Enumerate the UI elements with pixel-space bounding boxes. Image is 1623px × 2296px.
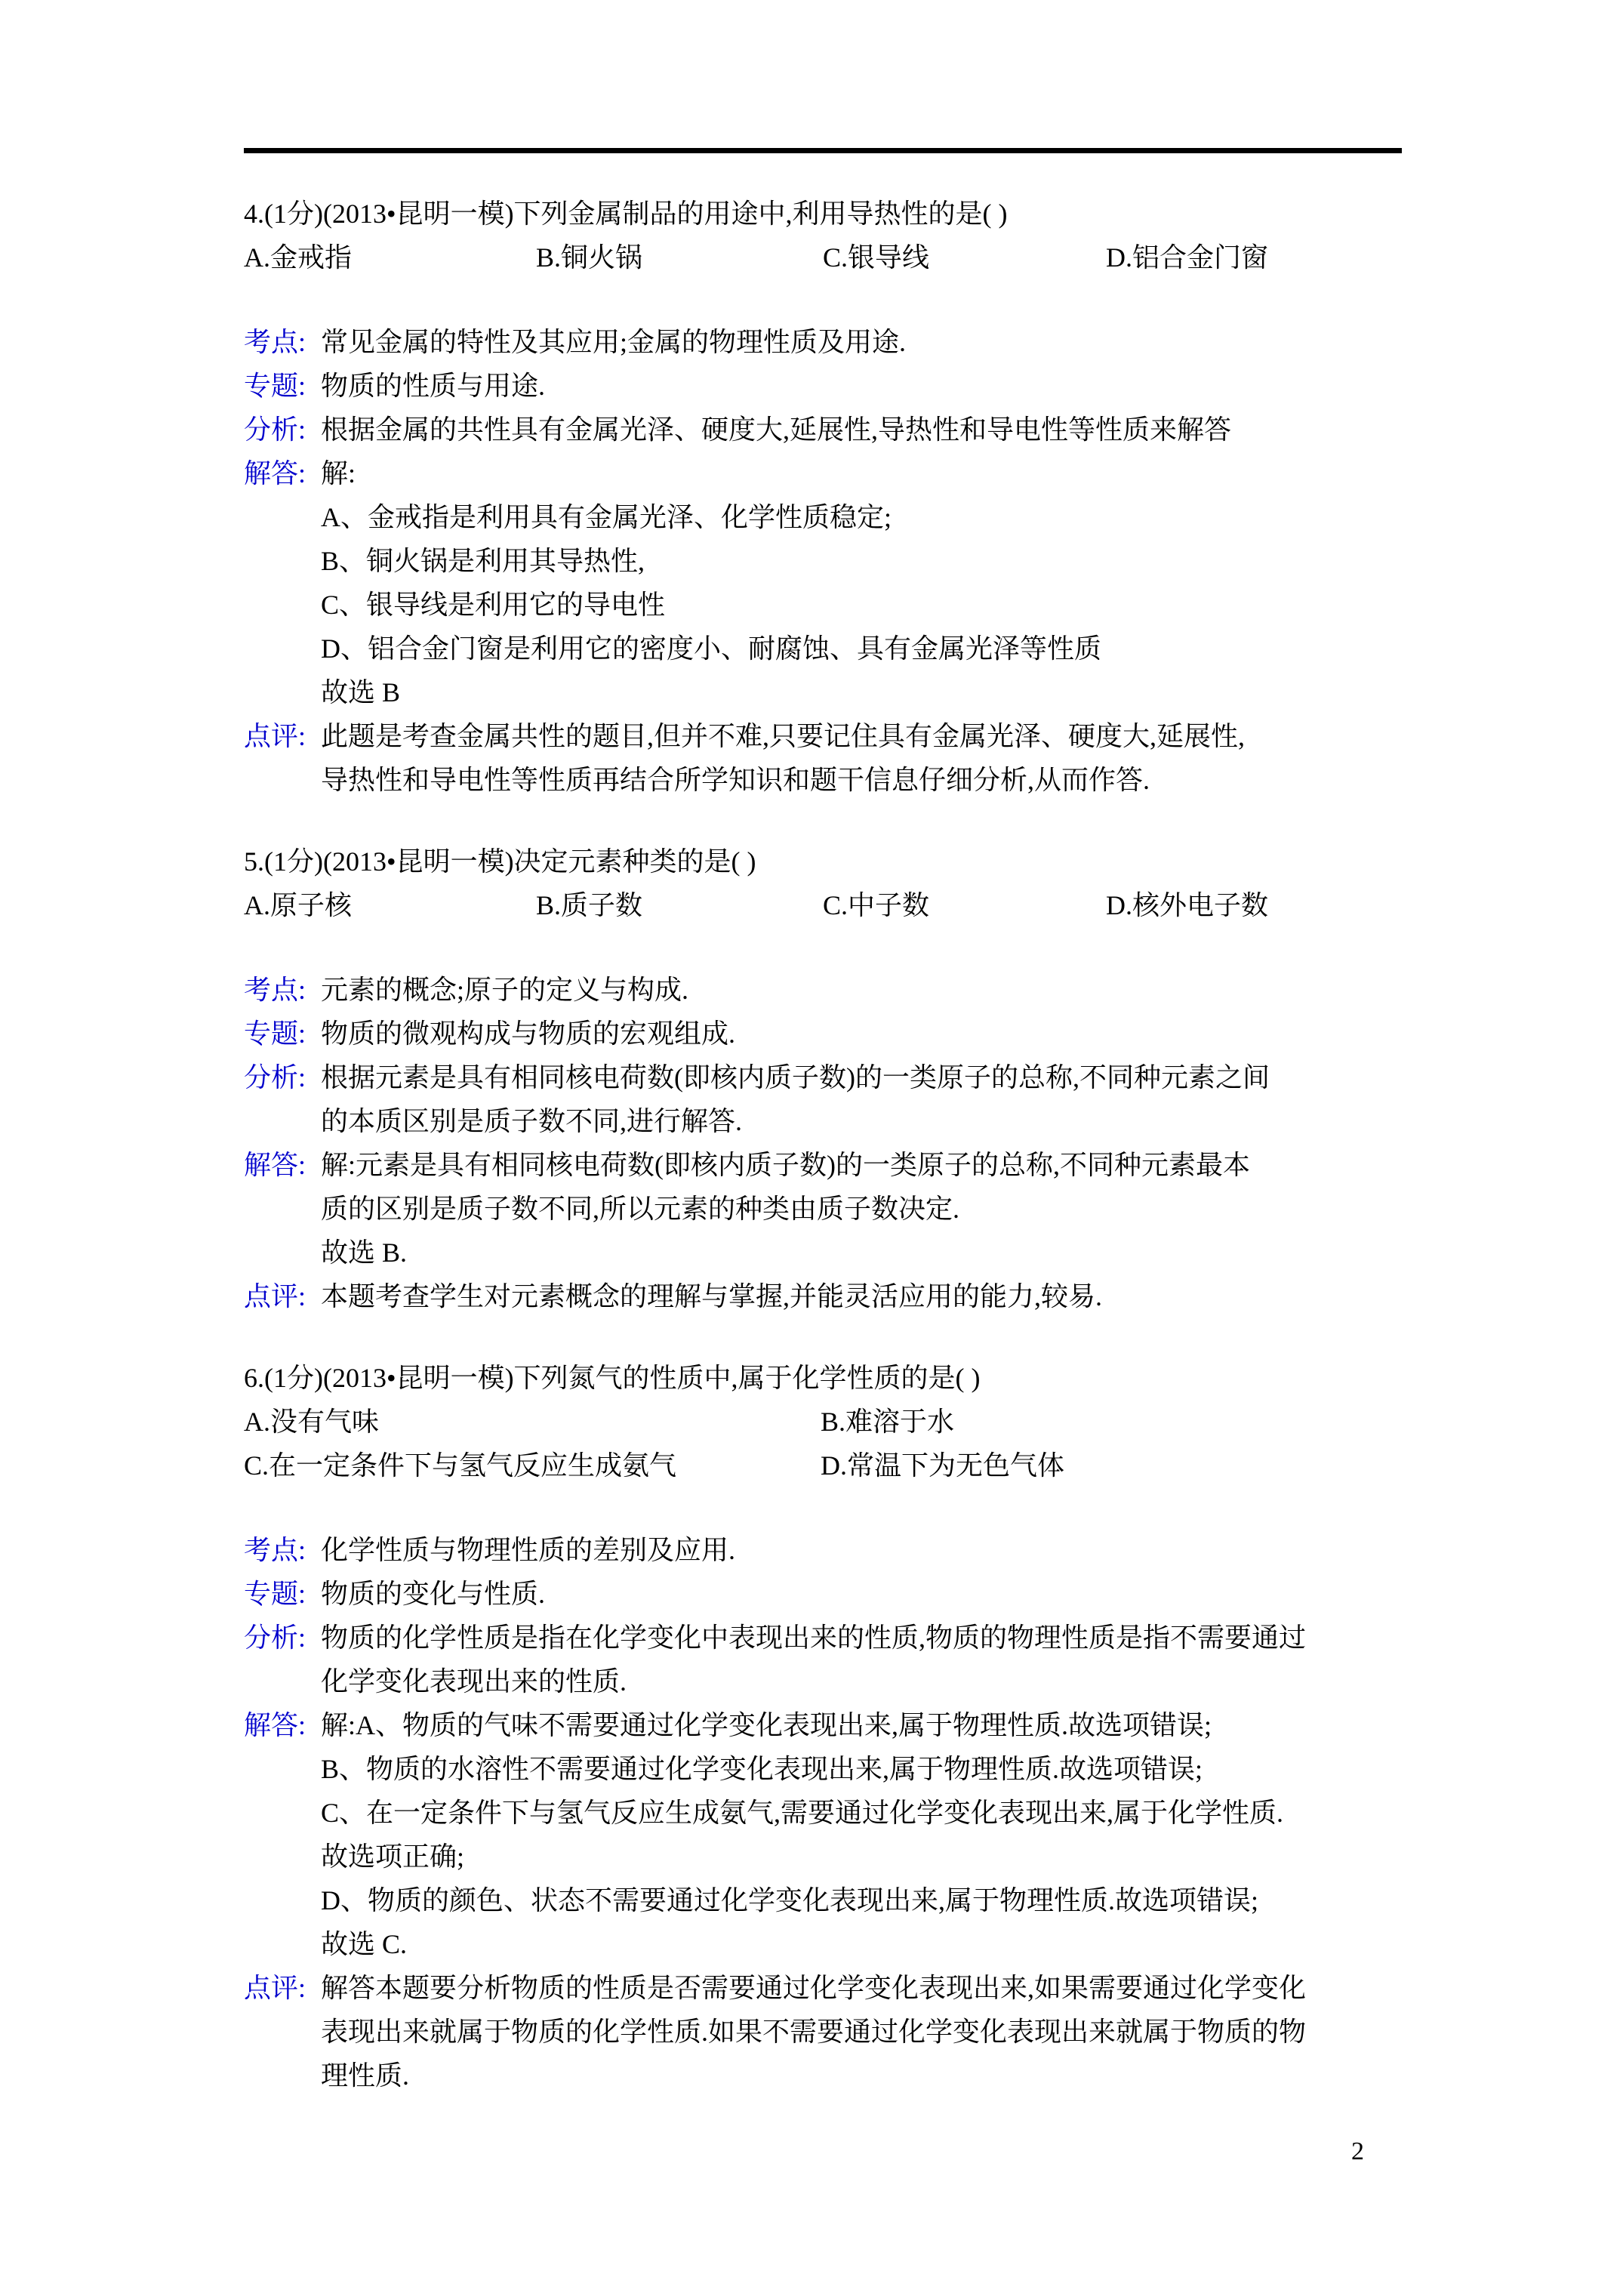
section-line: 物质的性质与用途.	[321, 364, 1406, 408]
option-item: C.在一定条件下与氢气反应生成氨气	[244, 1444, 821, 1487]
section-line: 质的区别是质子数不同,所以元素的种类由质子数决定.	[321, 1187, 1406, 1231]
document-page: 4.(1分)(2013•昆明一模)下列金属制品的用途中,利用导热性的是( )A.…	[0, 0, 1623, 2296]
content-area: 4.(1分)(2013•昆明一模)下列金属制品的用途中,利用导热性的是( )A.…	[244, 192, 1406, 2097]
options-row: A.金戒指B.铜火锅C.银导线D.铝合金门窗	[244, 236, 1406, 279]
section-label: 考点:	[244, 320, 321, 364]
section-content: 解:A、物质的气味不需要通过化学变化表现出来,属于物理性质.故选项错误;B、物质…	[321, 1703, 1406, 1966]
section-line: 故选项正确;	[321, 1835, 1406, 1878]
option-item: B.铜火锅	[536, 236, 823, 279]
option-item: A.原子核	[244, 883, 536, 927]
section-content: 根据金属的共性具有金属光泽、硬度大,延展性,导热性和导电性等性质来解答	[321, 408, 1406, 451]
section-label: 专题:	[244, 1572, 321, 1616]
section-line: 故选 B.	[321, 1231, 1406, 1274]
section-row: 解答:解:A、物质的气味不需要通过化学变化表现出来,属于物理性质.故选项错误;B…	[244, 1703, 1406, 1966]
section-label: 点评:	[244, 714, 321, 758]
section-content: 常见金属的特性及其应用;金属的物理性质及用途.	[321, 320, 1406, 364]
question-block: 5.(1分)(2013•昆明一模)决定元素种类的是( )A.原子核B.质子数C.…	[244, 840, 1406, 1318]
question-title: 4.(1分)(2013•昆明一模)下列金属制品的用途中,利用导热性的是( )	[244, 192, 1406, 236]
section-content: 解答本题要分析物质的性质是否需要通过化学变化表现出来,如果需要通过化学变化表现出…	[321, 1966, 1406, 2097]
section-content: 解:元素是具有相同核电荷数(即核内质子数)的一类原子的总称,不同种元素最本质的区…	[321, 1143, 1406, 1274]
option-item: D.常温下为无色气体	[821, 1444, 1406, 1487]
section-content: 本题考查学生对元素概念的理解与掌握,并能灵活应用的能力,较易.	[321, 1274, 1406, 1318]
option-item: B.难溶于水	[821, 1400, 1406, 1444]
section-line: 化学性质与物理性质的差别及应用.	[321, 1528, 1406, 1572]
section-label: 解答:	[244, 1143, 321, 1187]
section-row: 点评:此题是考查金属共性的题目,但并不难,只要记住具有金属光泽、硬度大,延展性,…	[244, 714, 1406, 802]
section-line: C、银导线是利用它的导电性	[321, 583, 1406, 627]
section-line: 物质的变化与性质.	[321, 1572, 1406, 1616]
section-line: 表现出来就属于物质的化学性质.如果不需要通过化学变化表现出来就属于物质的物	[321, 2010, 1406, 2054]
section-label: 考点:	[244, 1528, 321, 1572]
section-label: 考点:	[244, 968, 321, 1012]
option-item: A.没有气味	[244, 1400, 821, 1444]
section-content: 物质的变化与性质.	[321, 1572, 1406, 1616]
explanation-sections: 考点:化学性质与物理性质的差别及应用.专题:物质的变化与性质.分析:物质的化学性…	[244, 1528, 1406, 2097]
section-label: 点评:	[244, 1966, 321, 2010]
page-number: 2	[1351, 2137, 1364, 2167]
header-rule	[244, 148, 1402, 153]
section-line: 解:	[321, 451, 1406, 495]
section-line: 解:元素是具有相同核电荷数(即核内质子数)的一类原子的总称,不同种元素最本	[321, 1143, 1406, 1187]
section-line: 化学变化表现出来的性质.	[321, 1660, 1406, 1703]
section-content: 解:A、金戒指是利用具有金属光泽、化学性质稳定;B、铜火锅是利用其导热性,C、银…	[321, 451, 1406, 714]
question-block: 4.(1分)(2013•昆明一模)下列金属制品的用途中,利用导热性的是( )A.…	[244, 192, 1406, 802]
options-row: A.原子核B.质子数C.中子数D.核外电子数	[244, 883, 1406, 927]
section-line: 物质的化学性质是指在化学变化中表现出来的性质,物质的物理性质是指不需要通过	[321, 1616, 1406, 1660]
options-row: C.在一定条件下与氢气反应生成氨气D.常温下为无色气体	[244, 1444, 1406, 1487]
option-item: A.金戒指	[244, 236, 536, 279]
section-line: 理性质.	[321, 2054, 1406, 2097]
section-line: 解:A、物质的气味不需要通过化学变化表现出来,属于物理性质.故选项错误;	[321, 1703, 1406, 1747]
section-line: A、金戒指是利用具有金属光泽、化学性质稳定;	[321, 495, 1406, 539]
section-content: 化学性质与物理性质的差别及应用.	[321, 1528, 1406, 1572]
section-label: 分析:	[244, 1616, 321, 1660]
section-row: 分析:物质的化学性质是指在化学变化中表现出来的性质,物质的物理性质是指不需要通过…	[244, 1616, 1406, 1703]
section-label: 专题:	[244, 1012, 321, 1056]
section-line: B、铜火锅是利用其导热性,	[321, 539, 1406, 583]
section-line: D、物质的颜色、状态不需要通过化学变化表现出来,属于物理性质.故选项错误;	[321, 1878, 1406, 1922]
section-line: 本题考查学生对元素概念的理解与掌握,并能灵活应用的能力,较易.	[321, 1274, 1406, 1318]
section-line: C、在一定条件下与氢气反应生成氨气,需要通过化学变化表现出来,属于化学性质.	[321, 1791, 1406, 1835]
section-line: 物质的微观构成与物质的宏观组成.	[321, 1012, 1406, 1056]
section-row: 专题:物质的变化与性质.	[244, 1572, 1406, 1616]
section-line: 此题是考查金属共性的题目,但并不难,只要记住具有金属光泽、硬度大,延展性,	[321, 714, 1406, 758]
section-line: 导热性和导电性等性质再结合所学知识和题干信息仔细分析,从而作答.	[321, 758, 1406, 802]
section-label: 分析:	[244, 1056, 321, 1099]
section-line: D、铝合金门窗是利用它的密度小、耐腐蚀、具有金属光泽等性质	[321, 627, 1406, 670]
section-row: 专题:物质的性质与用途.	[244, 364, 1406, 408]
section-line: 根据金属的共性具有金属光泽、硬度大,延展性,导热性和导电性等性质来解答	[321, 408, 1406, 451]
section-line: 元素的概念;原子的定义与构成.	[321, 968, 1406, 1012]
section-content: 物质的化学性质是指在化学变化中表现出来的性质,物质的物理性质是指不需要通过化学变…	[321, 1616, 1406, 1703]
section-label: 解答:	[244, 1703, 321, 1747]
section-row: 解答:解:元素是具有相同核电荷数(即核内质子数)的一类原子的总称,不同种元素最本…	[244, 1143, 1406, 1274]
section-content: 物质的性质与用途.	[321, 364, 1406, 408]
option-item: C.银导线	[823, 236, 1106, 279]
section-row: 解答:解:A、金戒指是利用具有金属光泽、化学性质稳定;B、铜火锅是利用其导热性,…	[244, 451, 1406, 714]
option-item: D.铝合金门窗	[1106, 236, 1406, 279]
section-line: 根据元素是具有相同核电荷数(即核内质子数)的一类原子的总称,不同种元素之间	[321, 1056, 1406, 1099]
section-row: 考点:常见金属的特性及其应用;金属的物理性质及用途.	[244, 320, 1406, 364]
options-row: A.没有气味B.难溶于水	[244, 1400, 1406, 1444]
section-label: 专题:	[244, 364, 321, 408]
section-line: 的本质区别是质子数不同,进行解答.	[321, 1099, 1406, 1143]
section-line: 故选 C.	[321, 1922, 1406, 1966]
explanation-sections: 考点:元素的概念;原子的定义与构成.专题:物质的微观构成与物质的宏观组成.分析:…	[244, 968, 1406, 1318]
section-row: 考点:元素的概念;原子的定义与构成.	[244, 968, 1406, 1012]
section-content: 元素的概念;原子的定义与构成.	[321, 968, 1406, 1012]
section-line: 解答本题要分析物质的性质是否需要通过化学变化表现出来,如果需要通过化学变化	[321, 1966, 1406, 2010]
section-row: 分析:根据元素是具有相同核电荷数(即核内质子数)的一类原子的总称,不同种元素之间…	[244, 1056, 1406, 1143]
section-row: 点评:解答本题要分析物质的性质是否需要通过化学变化表现出来,如果需要通过化学变化…	[244, 1966, 1406, 2097]
section-line: B、物质的水溶性不需要通过化学变化表现出来,属于物理性质.故选项错误;	[321, 1747, 1406, 1791]
section-line: 故选 B	[321, 670, 1406, 714]
option-item: C.中子数	[823, 883, 1106, 927]
section-row: 分析:根据金属的共性具有金属光泽、硬度大,延展性,导热性和导电性等性质来解答	[244, 408, 1406, 451]
section-row: 专题:物质的微观构成与物质的宏观组成.	[244, 1012, 1406, 1056]
option-item: D.核外电子数	[1106, 883, 1406, 927]
section-label: 解答:	[244, 451, 321, 495]
explanation-sections: 考点:常见金属的特性及其应用;金属的物理性质及用途.专题:物质的性质与用途.分析…	[244, 320, 1406, 802]
section-content: 物质的微观构成与物质的宏观组成.	[321, 1012, 1406, 1056]
section-line: 常见金属的特性及其应用;金属的物理性质及用途.	[321, 320, 1406, 364]
section-label: 分析:	[244, 408, 321, 451]
question-title: 5.(1分)(2013•昆明一模)决定元素种类的是( )	[244, 840, 1406, 883]
option-item: B.质子数	[536, 883, 823, 927]
question-title: 6.(1分)(2013•昆明一模)下列氮气的性质中,属于化学性质的是( )	[244, 1356, 1406, 1400]
section-content: 此题是考查金属共性的题目,但并不难,只要记住具有金属光泽、硬度大,延展性,导热性…	[321, 714, 1406, 802]
section-content: 根据元素是具有相同核电荷数(即核内质子数)的一类原子的总称,不同种元素之间的本质…	[321, 1056, 1406, 1143]
question-block: 6.(1分)(2013•昆明一模)下列氮气的性质中,属于化学性质的是( )A.没…	[244, 1356, 1406, 2097]
section-row: 点评:本题考查学生对元素概念的理解与掌握,并能灵活应用的能力,较易.	[244, 1274, 1406, 1318]
section-row: 考点:化学性质与物理性质的差别及应用.	[244, 1528, 1406, 1572]
section-label: 点评:	[244, 1274, 321, 1318]
